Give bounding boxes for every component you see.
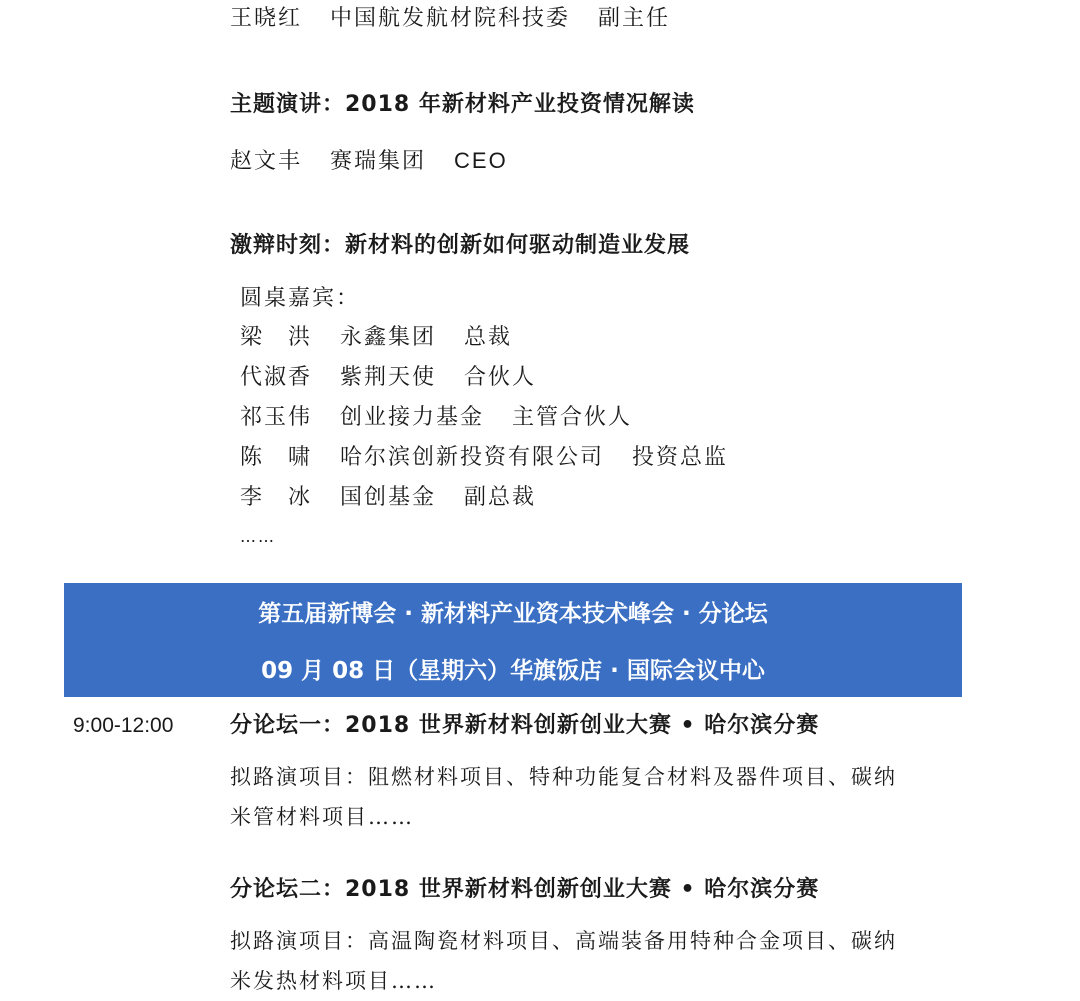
session-desc: 拟路演项目：阻燃材料项目、特种功能复合材料及器件项目、碳纳 <box>230 762 897 792</box>
debate-heading: 激辩时刻：新材料的创新如何驱动制造业发展 <box>230 231 690 261</box>
guest-org: 创业接力基金 <box>340 405 484 430</box>
speaker-line: 王晓红中国航发航材院科技委副主任 <box>230 4 670 34</box>
guest-name: 梁 洪 <box>240 325 312 350</box>
guest-title: 投资总监 <box>632 445 728 470</box>
session-heading: 分论坛二：2018 世界新材料创新创业大赛 • 哈尔滨分赛 <box>230 875 819 905</box>
guests-ellipsis: …… <box>240 522 276 552</box>
keynote-heading: 主题演讲：2018 年新材料产业投资情况解读 <box>230 90 695 120</box>
guest-row: 陈 啸哈尔滨创新投资有限公司投资总监 <box>240 443 728 473</box>
guest-name: 祁玉伟 <box>240 405 312 430</box>
guest-org: 永鑫集团 <box>340 325 436 350</box>
guest-org: 国创基金 <box>340 485 436 510</box>
section-banner: 第五届新博会 · 新材料产业资本技术峰会 · 分论坛 09 月 08 日（星期六… <box>64 583 962 697</box>
speaker-org: 中国航发航材院科技委 <box>330 6 570 31</box>
keynote-speaker-name: 赵文丰 <box>230 149 302 174</box>
session-desc: 米发热材料项目…… <box>230 966 437 996</box>
session-desc: 拟路演项目：高温陶瓷材料项目、高端装备用特种合金项目、碳纳 <box>230 926 897 956</box>
speaker-name: 王晓红 <box>230 6 302 31</box>
banner-title: 第五届新博会 · 新材料产业资本技术峰会 · 分论坛 <box>64 595 962 628</box>
guest-name: 李 冰 <box>240 485 312 510</box>
guest-row: 李 冰国创基金副总裁 <box>240 483 536 513</box>
guests-label: 圆桌嘉宾： <box>240 284 360 314</box>
guest-title: 总裁 <box>464 325 512 350</box>
session-desc: 米管材料项目…… <box>230 802 414 832</box>
guest-title: 合伙人 <box>464 365 536 390</box>
keynote-speaker-org: 赛瑞集团 <box>330 149 426 174</box>
session-time: 9:00-12:00 <box>73 711 173 741</box>
guest-name: 陈 啸 <box>240 445 312 470</box>
speaker-title: 副主任 <box>598 6 670 31</box>
banner-date-venue: 09 月 08 日（星期六）华旗饭店 · 国际会议中心 <box>64 652 962 685</box>
guest-title: 副总裁 <box>464 485 536 510</box>
guest-row: 祁玉伟创业接力基金主管合伙人 <box>240 403 632 433</box>
guest-title: 主管合伙人 <box>512 405 632 430</box>
guest-row: 代淑香紫荆天使合伙人 <box>240 363 536 393</box>
guest-name: 代淑香 <box>240 365 312 390</box>
guest-row: 梁 洪永鑫集团总裁 <box>240 323 512 353</box>
keynote-speaker-line: 赵文丰赛瑞集团CEO <box>230 146 508 177</box>
guest-org: 紫荆天使 <box>340 365 436 390</box>
session-heading: 分论坛一：2018 世界新材料创新创业大赛 • 哈尔滨分赛 <box>230 711 819 741</box>
guest-org: 哈尔滨创新投资有限公司 <box>340 445 604 470</box>
keynote-speaker-title: CEO <box>454 148 508 173</box>
